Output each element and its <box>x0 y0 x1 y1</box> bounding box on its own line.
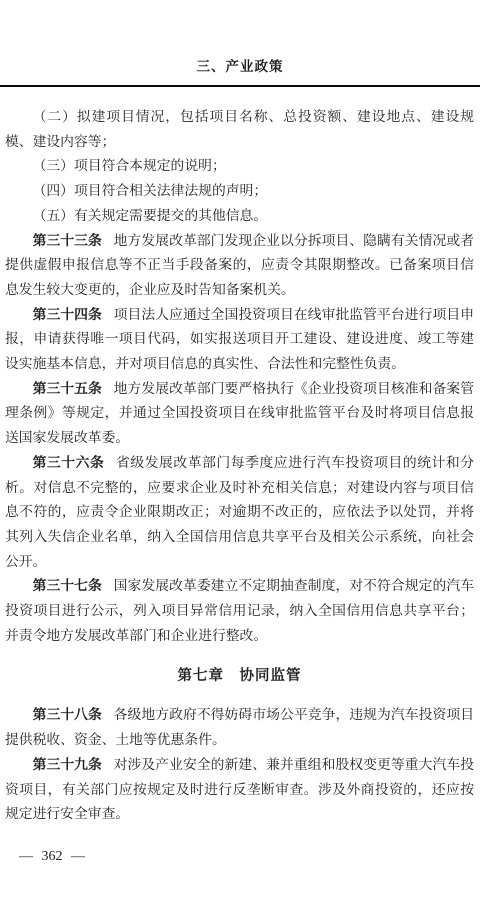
article-35: 第三十五条地方发展改革部门要严格执行《企业投资项目核准和备案管理条例》等规定，并… <box>5 377 474 451</box>
list-item-text: （三）项目符合本规定的说明； <box>33 158 226 173</box>
list-item: （三）项目符合本规定的说明； <box>5 154 474 179</box>
article-39: 第三十九条对涉及产业安全的新建、兼并重组和股权变更等重大汽车投资项目，有关部门应… <box>5 753 474 827</box>
article-number: 第三十四条 <box>33 307 102 322</box>
article-37: 第三十七条国家发展改革委建立不定期抽查制度，对不符合规定的汽车投资项目进行公示，… <box>5 574 474 648</box>
running-header: 三、产业政策 <box>0 57 480 76</box>
article-number: 第三十九条 <box>33 757 102 772</box>
list-item: （二）拟建项目情况，包括项目名称、总投资额、建设地点、建设规模、建设内容等； <box>5 105 474 154</box>
document-body: （二）拟建项目情况，包括项目名称、总投资额、建设地点、建设规模、建设内容等； （… <box>0 87 480 870</box>
article-number: 第三十三条 <box>33 233 102 248</box>
article-36: 第三十六条省级发展改革部门每季度应进行汽车投资项目的统计和分析。对信息不完整的，… <box>5 451 474 575</box>
list-item: （四）项目符合相关法律法规的声明； <box>5 179 474 204</box>
list-item: （五）有关规定需要提交的其他信息。 <box>5 204 474 229</box>
article-number: 第三十六条 <box>33 455 105 470</box>
article-number: 第三十七条 <box>33 578 102 593</box>
article-34: 第三十四条项目法人应通过全国投资项目在线审批监管平台进行项目申报，申请获得唯一项… <box>5 303 474 377</box>
list-item-text: （二）拟建项目情况，包括项目名称、总投资额、建设地点、建设规模、建设内容等； <box>5 109 474 149</box>
article-number: 第三十八条 <box>33 707 102 722</box>
list-item-text: （四）项目符合相关法律法规的声明； <box>33 183 268 198</box>
article-33: 第三十三条地方发展改革部门发现企业以分拆项目、隐瞒有关情况或者提供虚假申报信息等… <box>5 229 474 303</box>
page-number: — 362 — <box>19 845 474 870</box>
chapter-heading: 第七章 协同监管 <box>5 664 474 689</box>
document-page: { "page": { "running_header": "三、产业政策", … <box>0 0 480 906</box>
article-text: 省级发展改革部门每季度应进行汽车投资项目的统计和分析。对信息不完整的，应要求企业… <box>5 455 474 569</box>
list-item-text: （五）有关规定需要提交的其他信息。 <box>33 208 268 223</box>
article-number: 第三十五条 <box>33 381 102 396</box>
article-38: 第三十八条各级地方政府不得妨碍市场公平竞争，违规为汽车投资项目提供税收、资金、土… <box>5 703 474 752</box>
